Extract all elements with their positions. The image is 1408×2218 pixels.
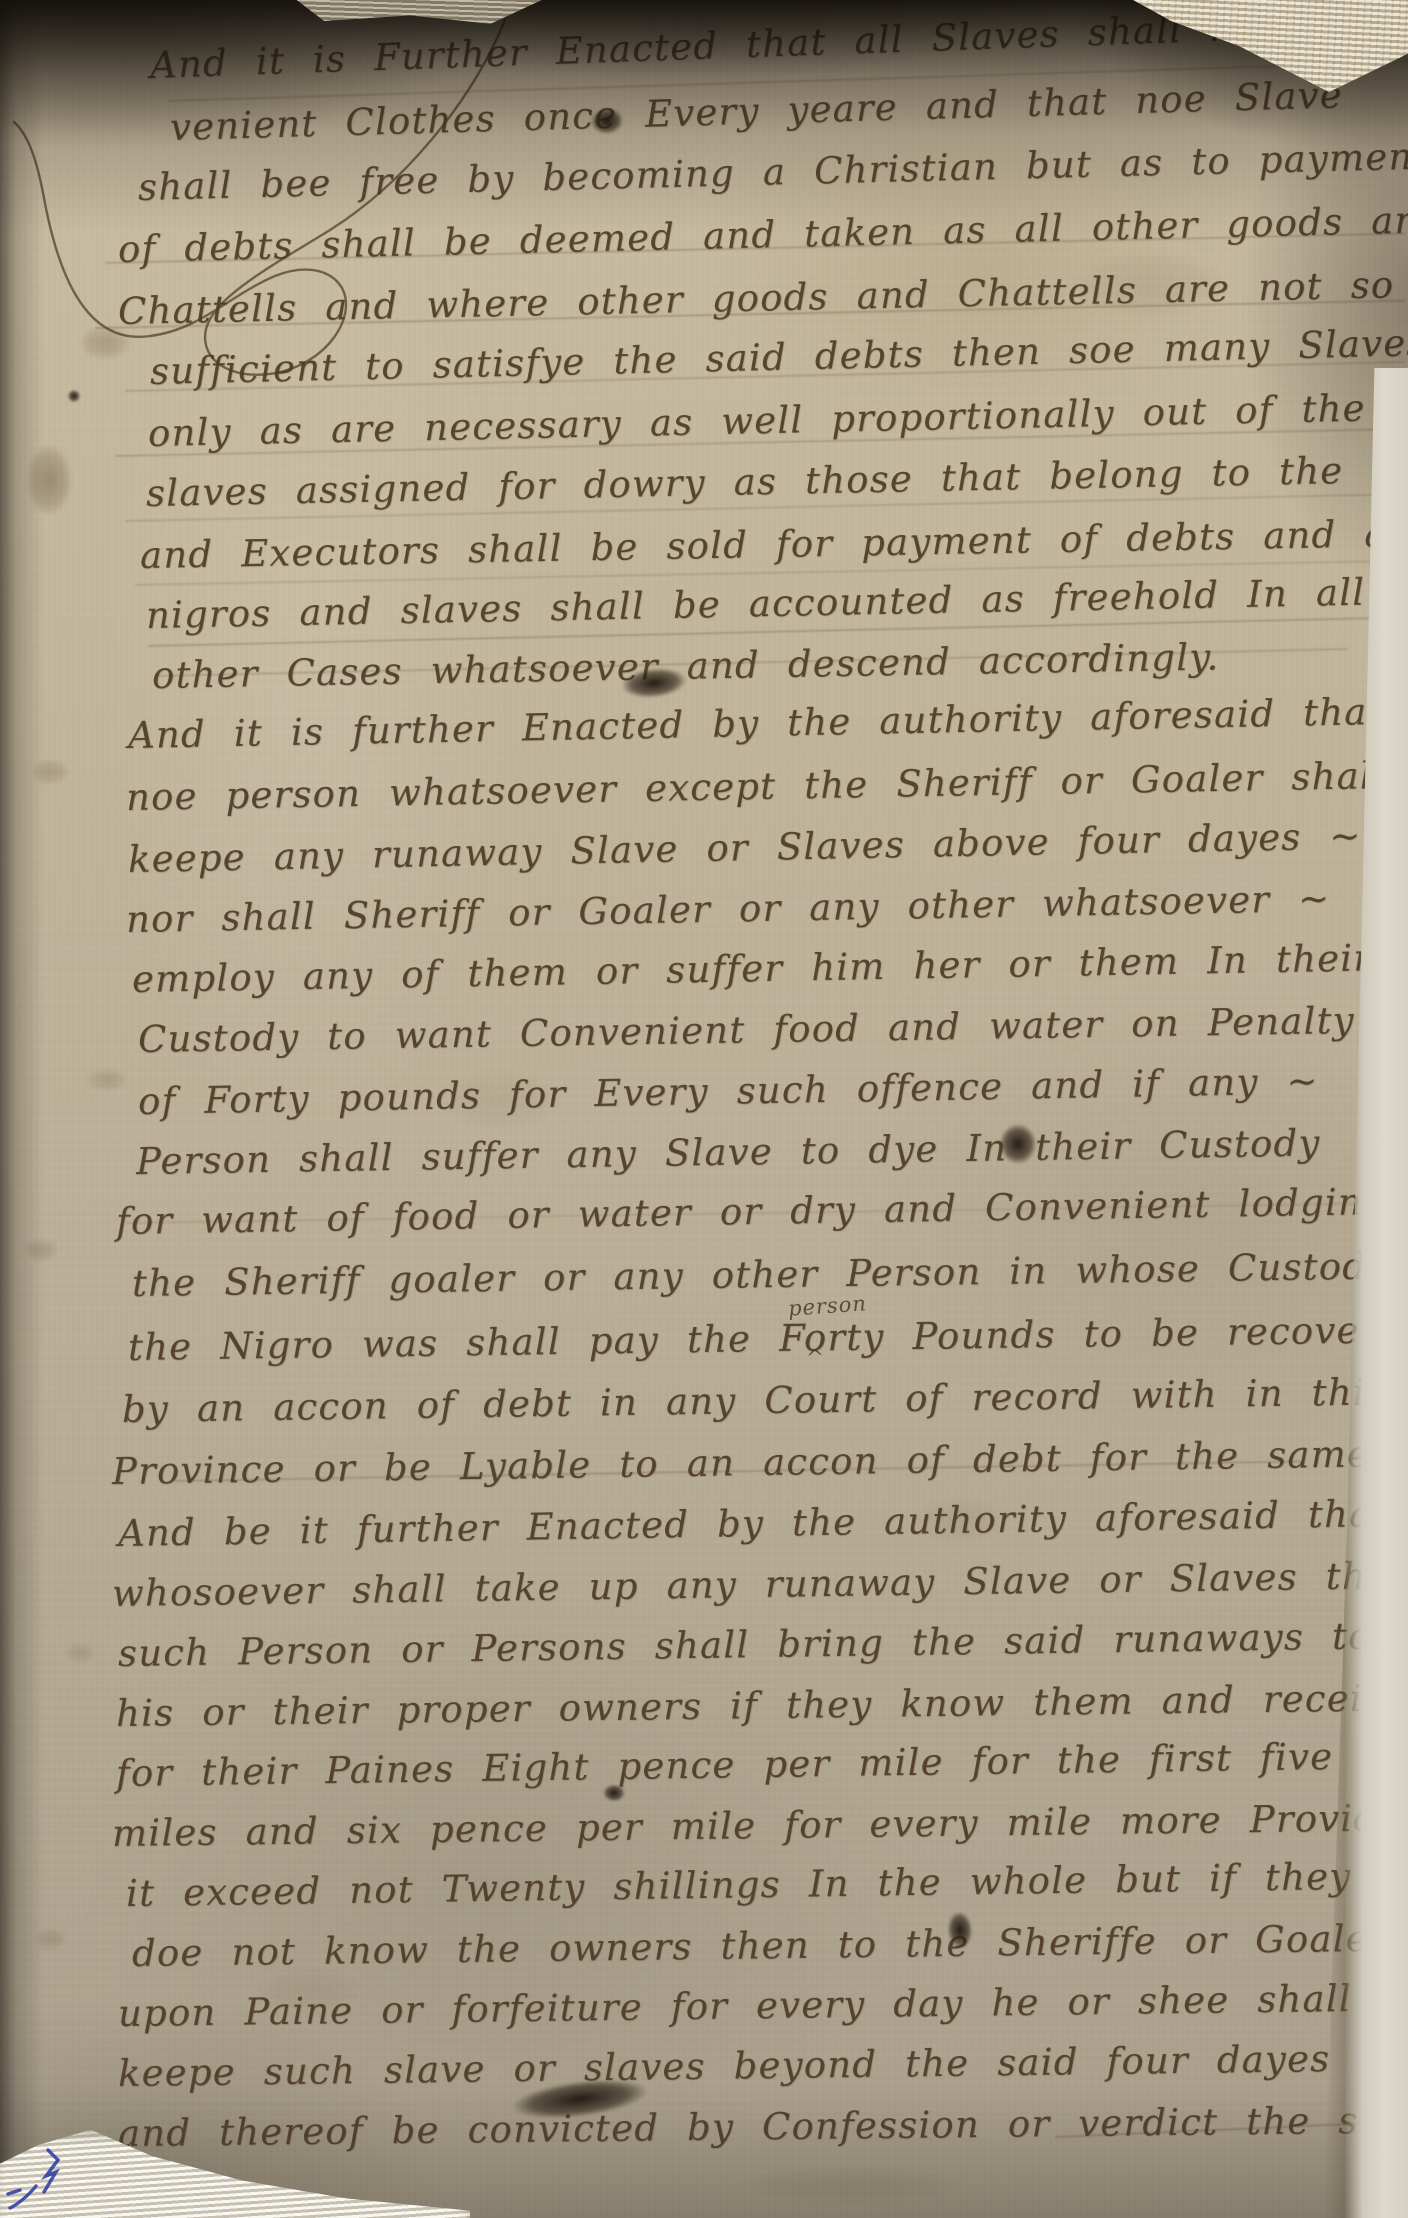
manuscript-line: doe not know the owners then to the Sher… [132,1917,1388,1975]
blue-ink-mark [6,2146,96,2218]
manuscript-line: keepe any runaway Slave or Slaves above … [128,814,1362,881]
manuscript-line: And be it further Enacted by the authori… [118,1492,1389,1555]
manuscript-line: Chattells and where other goods and Chat… [118,263,1395,333]
manuscript-photo: And it is Further Enacted that all Slave… [0,0,1408,2218]
manuscript-line: nor shall Sheriff or Goaler or any other… [126,877,1331,941]
manuscript-line: Province or be Lyable to an accon of deb… [112,1432,1384,1493]
manuscript-line: the Sheriff goaler or any other Person i… [132,1244,1390,1305]
manuscript-line: And it is further Enacted by the authori… [128,690,1384,757]
manuscript-line: and Executors shall be sold for payment … [140,512,1408,577]
manuscript-line: such Person or Persons shall bring the s… [118,1614,1372,1674]
manuscript-line: sufficient to satisfye the said debts th… [150,321,1408,393]
manuscript-line: the Nigro was shall pay the Forty Pounds… [128,1308,1408,1369]
manuscript-line: and thereof be convicted by Confession o… [118,2098,1408,2155]
manuscript-line: whosoever shall take up any runaway Slav… [112,1554,1407,1615]
manuscript-line: keepe such slave or slaves beyond the sa… [118,2036,1391,2095]
manuscript-line: slaves assigned for dowry as those that … [146,446,1408,515]
manuscript-text: And it is Further Enacted that all Slave… [0,0,1408,2218]
manuscript-line: nigros and slaves shall be accounted as … [146,571,1366,637]
manuscript-line: miles and six pence per mile for every m… [112,1796,1408,1855]
manuscript-line: of Forty pounds for Every such offence a… [138,1059,1319,1123]
manuscript-line: for want of food or water or dry and Con… [116,1180,1388,1243]
manuscript-line: noe person whatsoever except the Sheriff… [126,754,1387,819]
manuscript-line: by an accon of debt in any Court of reco… [122,1370,1387,1431]
manuscript-line: shall bee free by becoming a Christian b… [137,134,1408,209]
manuscript-line: of debts shall be deemed and taken as al… [118,198,1408,271]
manuscript-line: venient Clothes once Every yeare and tha… [169,73,1343,149]
manuscript-line: for their Paines Eight pence per mile fo… [116,1734,1394,1795]
manuscript-line: his or their proper owners if they know … [116,1676,1408,1735]
manuscript-line: Custody to want Convenient food and wate… [138,998,1408,1061]
manuscript-line: it exceed not Twenty shillings In the wh… [126,1855,1352,1915]
manuscript-line: employ any of them or suffer him her or … [132,936,1373,1001]
manuscript-line: Person shall suffer any Slave to dye In … [136,1121,1321,1183]
manuscript-line: only as are necessary as well proportion… [148,386,1367,454]
interlinear-caret-mark: ^ [805,1346,825,1372]
manuscript-line: upon Paine or forfeiture for every day h… [118,1977,1352,2035]
